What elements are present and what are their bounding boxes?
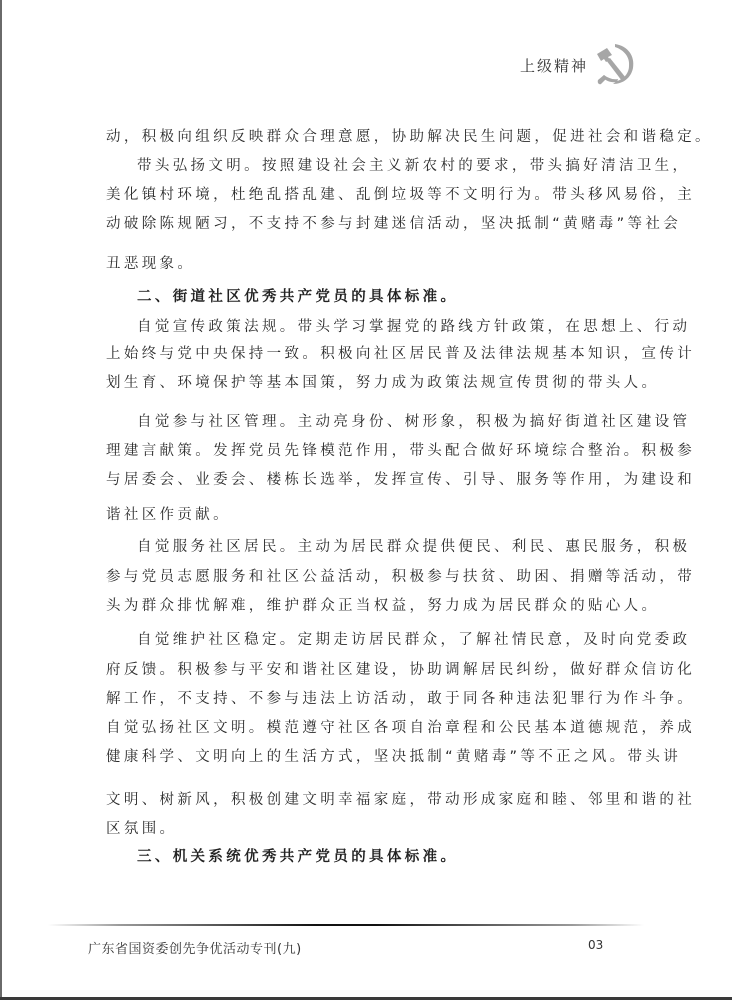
page-left-border — [0, 0, 2, 1000]
text-line: 划生育、环境保护等基本国策，努力成为政策法规宣传贯彻的带头人。 — [106, 373, 659, 393]
publication-title: 广东省国资委创先争优活动专刊(九) — [88, 938, 302, 957]
page-number: 03 — [588, 938, 603, 952]
text-line: 动，积极向组织反映群众合理意愿，协助解决民生问题，促进社会和谐稳定。 — [106, 127, 713, 147]
hammer-sickle-icon — [590, 42, 638, 88]
text-line: 丑恶现象。 — [106, 254, 195, 274]
text-line: 理建言献策。发挥党员先锋模范作用，带头配合做好环境综合整治。积极参 — [106, 441, 695, 461]
text-line: 动破除陈规陋习，不支持不参与封建迷信活动，坚决抵制“黄赌毒”等社会 — [106, 214, 681, 234]
text-line: 自觉宣传政策法规。带头学习掌握党的路线方针政策，在思想上、行动 — [137, 317, 690, 337]
page-header: 上级精神 — [520, 50, 588, 80]
text-line: 美化镇村环境，杜绝乱搭乱建、乱倒垃圾等不文明行为。带头移风易俗，主 — [106, 185, 695, 205]
footer-divider — [48, 924, 644, 926]
text-line: 区氛围。 — [106, 819, 177, 839]
section-heading: 三、机关系统优秀共产党员的具体标准。 — [137, 847, 458, 867]
text-line: 谐社区作贡献。 — [106, 505, 231, 525]
text-line: 解工作，不支持、不参与违法上访活动，敢于同各种违法犯罪行为作斗争。 — [106, 689, 695, 709]
text-line: 头为群众排忧解难，维护群众正当权益，努力成为居民群众的贴心人。 — [106, 596, 659, 616]
document-page: 上级精神 动，积极向组织反映群众合理意愿，协助解决民生问题，促进社会和谐稳定。带… — [0, 0, 732, 1000]
text-line: 带头弘扬文明。按照建设社会主义新农村的要求，带头搞好清洁卫生， — [137, 156, 690, 176]
text-line: 自觉弘扬社区文明。模范遵守社区各项自治章程和公民基本道德规范，养成 — [106, 718, 695, 738]
text-line: 文明、树新风，积极创建文明幸福家庭，带动形成家庭和睦、邻里和谐的社 — [106, 790, 695, 810]
text-line: 参与党员志愿服务和社区公益活动，积极参与扶贫、助困、捐赠等活动，带 — [106, 567, 695, 587]
text-line: 与居委会、业委会、楼栋长选举，发挥宣传、引导、服务等作用，为建设和 — [106, 470, 695, 490]
section-title: 上级精神 — [520, 55, 588, 76]
text-line: 自觉参与社区管理。主动亮身份、树形象，积极为搞好街道社区建设管 — [137, 412, 690, 432]
section-heading: 二、街道社区优秀共产党员的具体标准。 — [137, 287, 458, 307]
text-line: 健康科学、文明向上的生活方式，坚决抵制“黄赌毒”等不正之风。带头讲 — [106, 747, 681, 767]
text-line: 府反馈。积极参与平安和谐社区建设，协助调解居民纠纷，做好群众信访化 — [106, 660, 695, 680]
text-line: 自觉服务社区居民。主动为居民群众提供便民、利民、惠民服务，积极 — [137, 537, 690, 557]
text-line: 上始终与党中央保持一致。积极向社区居民普及法律法规基本知识，宣传计 — [106, 344, 695, 364]
text-line: 自觉维护社区稳定。定期走访居民群众，了解社情民意，及时向党委政 — [137, 630, 690, 650]
